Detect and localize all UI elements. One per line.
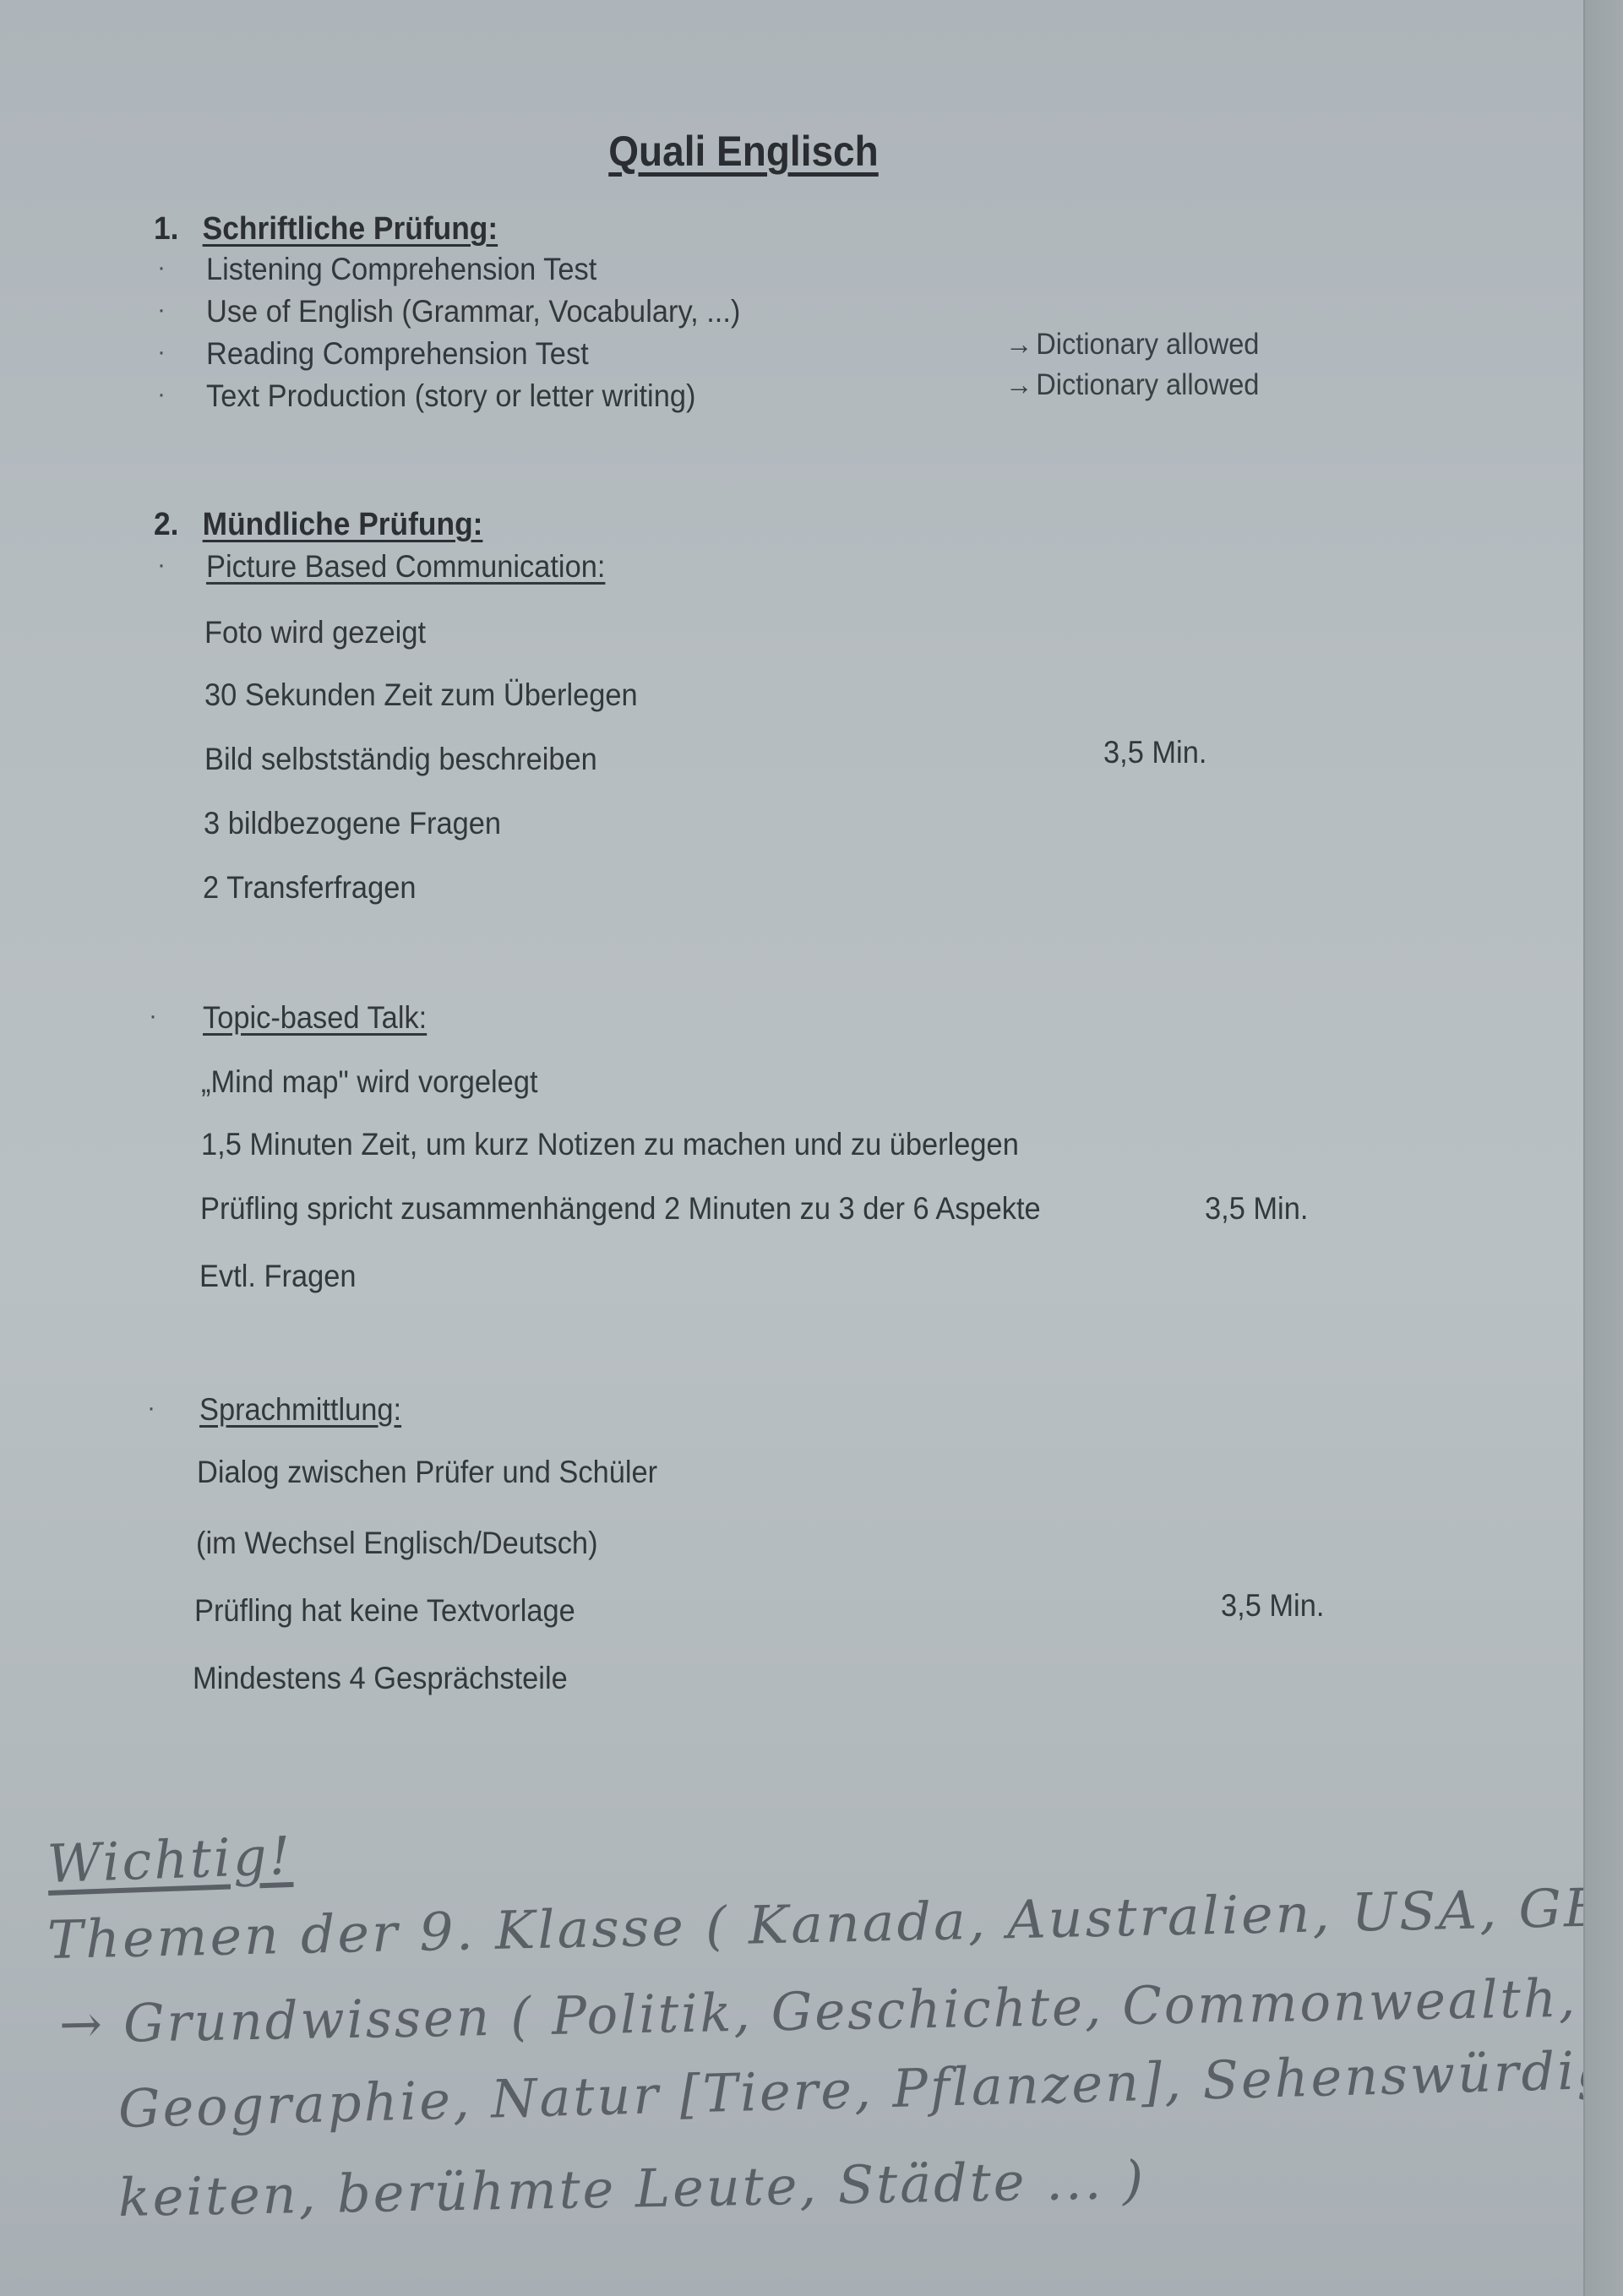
dictionary-note: →Dictionary allowed [1005, 328, 1259, 362]
mediation-line: Prüfling hat keine Textvorlage [194, 1593, 575, 1629]
dictionary-note: →Dictionary allowed [1005, 368, 1259, 402]
mediation-heading: Sprachmittlung: [199, 1392, 401, 1428]
topic-duration: 3,5 Min. [1205, 1191, 1308, 1227]
arrow-right-icon: → [1005, 328, 1033, 361]
picture-line: Foto wird gezeigt [204, 615, 426, 650]
arrow-right-icon: → [1005, 368, 1033, 401]
written-item-listening: Listening Comprehension Test [206, 252, 596, 287]
handwritten-line: Themen der 9. Klasse ( Kanada, Australie… [46, 1875, 1623, 1971]
picture-line: Bild selbstständig beschreiben [204, 742, 597, 777]
handwritten-heading: Wichtig! [46, 1825, 294, 1895]
bullet-icon: · [157, 380, 166, 409]
document-title: Quali Englisch [59, 127, 1427, 176]
bullet-icon: · [149, 1002, 157, 1031]
topic-line: Prüfling spricht zusammenhängend 2 Minut… [200, 1191, 1041, 1227]
dictionary-note-text: Dictionary allowed [1036, 328, 1259, 361]
picture-line: 2 Transferfragen [203, 870, 416, 906]
handwritten-line: keiten, berühmte Leute, Städte ... ) [117, 2149, 1146, 2228]
section-label: Mündliche Prüfung: [203, 507, 483, 542]
section-label: Schriftliche Prüfung: [203, 211, 498, 247]
section-written-exam-heading: 1.Schriftliche Prüfung: [154, 211, 498, 248]
handwritten-line: Geographie, Natur [Tiere, Pflanzen], Seh… [117, 2038, 1623, 2140]
picture-communication-heading: Picture Based Communication: [206, 549, 605, 585]
bullet-icon: · [147, 1394, 155, 1423]
topic-line: 1,5 Minuten Zeit, um kurz Notizen zu mac… [201, 1127, 1019, 1162]
picture-line: 3 bildbezogene Fragen [204, 806, 501, 841]
topic-line: Evtl. Fragen [199, 1259, 357, 1294]
bullet-icon: · [157, 296, 166, 324]
section-oral-exam-heading: 2.Mündliche Prüfung: [154, 507, 482, 543]
picture-line: 30 Sekunden Zeit zum Überlegen [204, 677, 638, 713]
topic-talk-heading: Topic-based Talk: [203, 1000, 427, 1036]
bullet-icon: · [157, 338, 166, 367]
mediation-line: Dialog zwischen Prüfer und Schüler [197, 1455, 657, 1490]
bullet-icon: · [157, 551, 166, 579]
section-number: 2. [154, 507, 203, 543]
topic-line: „Mind map" wird vorgelegt [201, 1064, 538, 1100]
bullet-icon: · [157, 253, 166, 282]
dictionary-note-text: Dictionary allowed [1036, 368, 1259, 401]
written-item-use-of-english: Use of English (Grammar, Vocabulary, ...… [206, 294, 740, 329]
written-item-reading: Reading Comprehension Test [206, 336, 589, 372]
picture-duration: 3,5 Min. [1103, 735, 1206, 770]
mediation-line: Mindestens 4 Gesprächsteile [193, 1661, 568, 1696]
section-number: 1. [154, 211, 203, 248]
paper-edge [1583, 0, 1623, 2296]
handwritten-line: → Grundwissen ( Politik, Geschichte, Com… [58, 1967, 1577, 2055]
written-item-text-production: Text Production (story or letter writing… [206, 378, 695, 414]
document-page: Quali Englisch 1.Schriftliche Prüfung: ·… [0, 0, 1585, 2296]
mediation-duration: 3,5 Min. [1221, 1588, 1324, 1624]
mediation-line: (im Wechsel Englisch/Deutsch) [196, 1526, 598, 1561]
